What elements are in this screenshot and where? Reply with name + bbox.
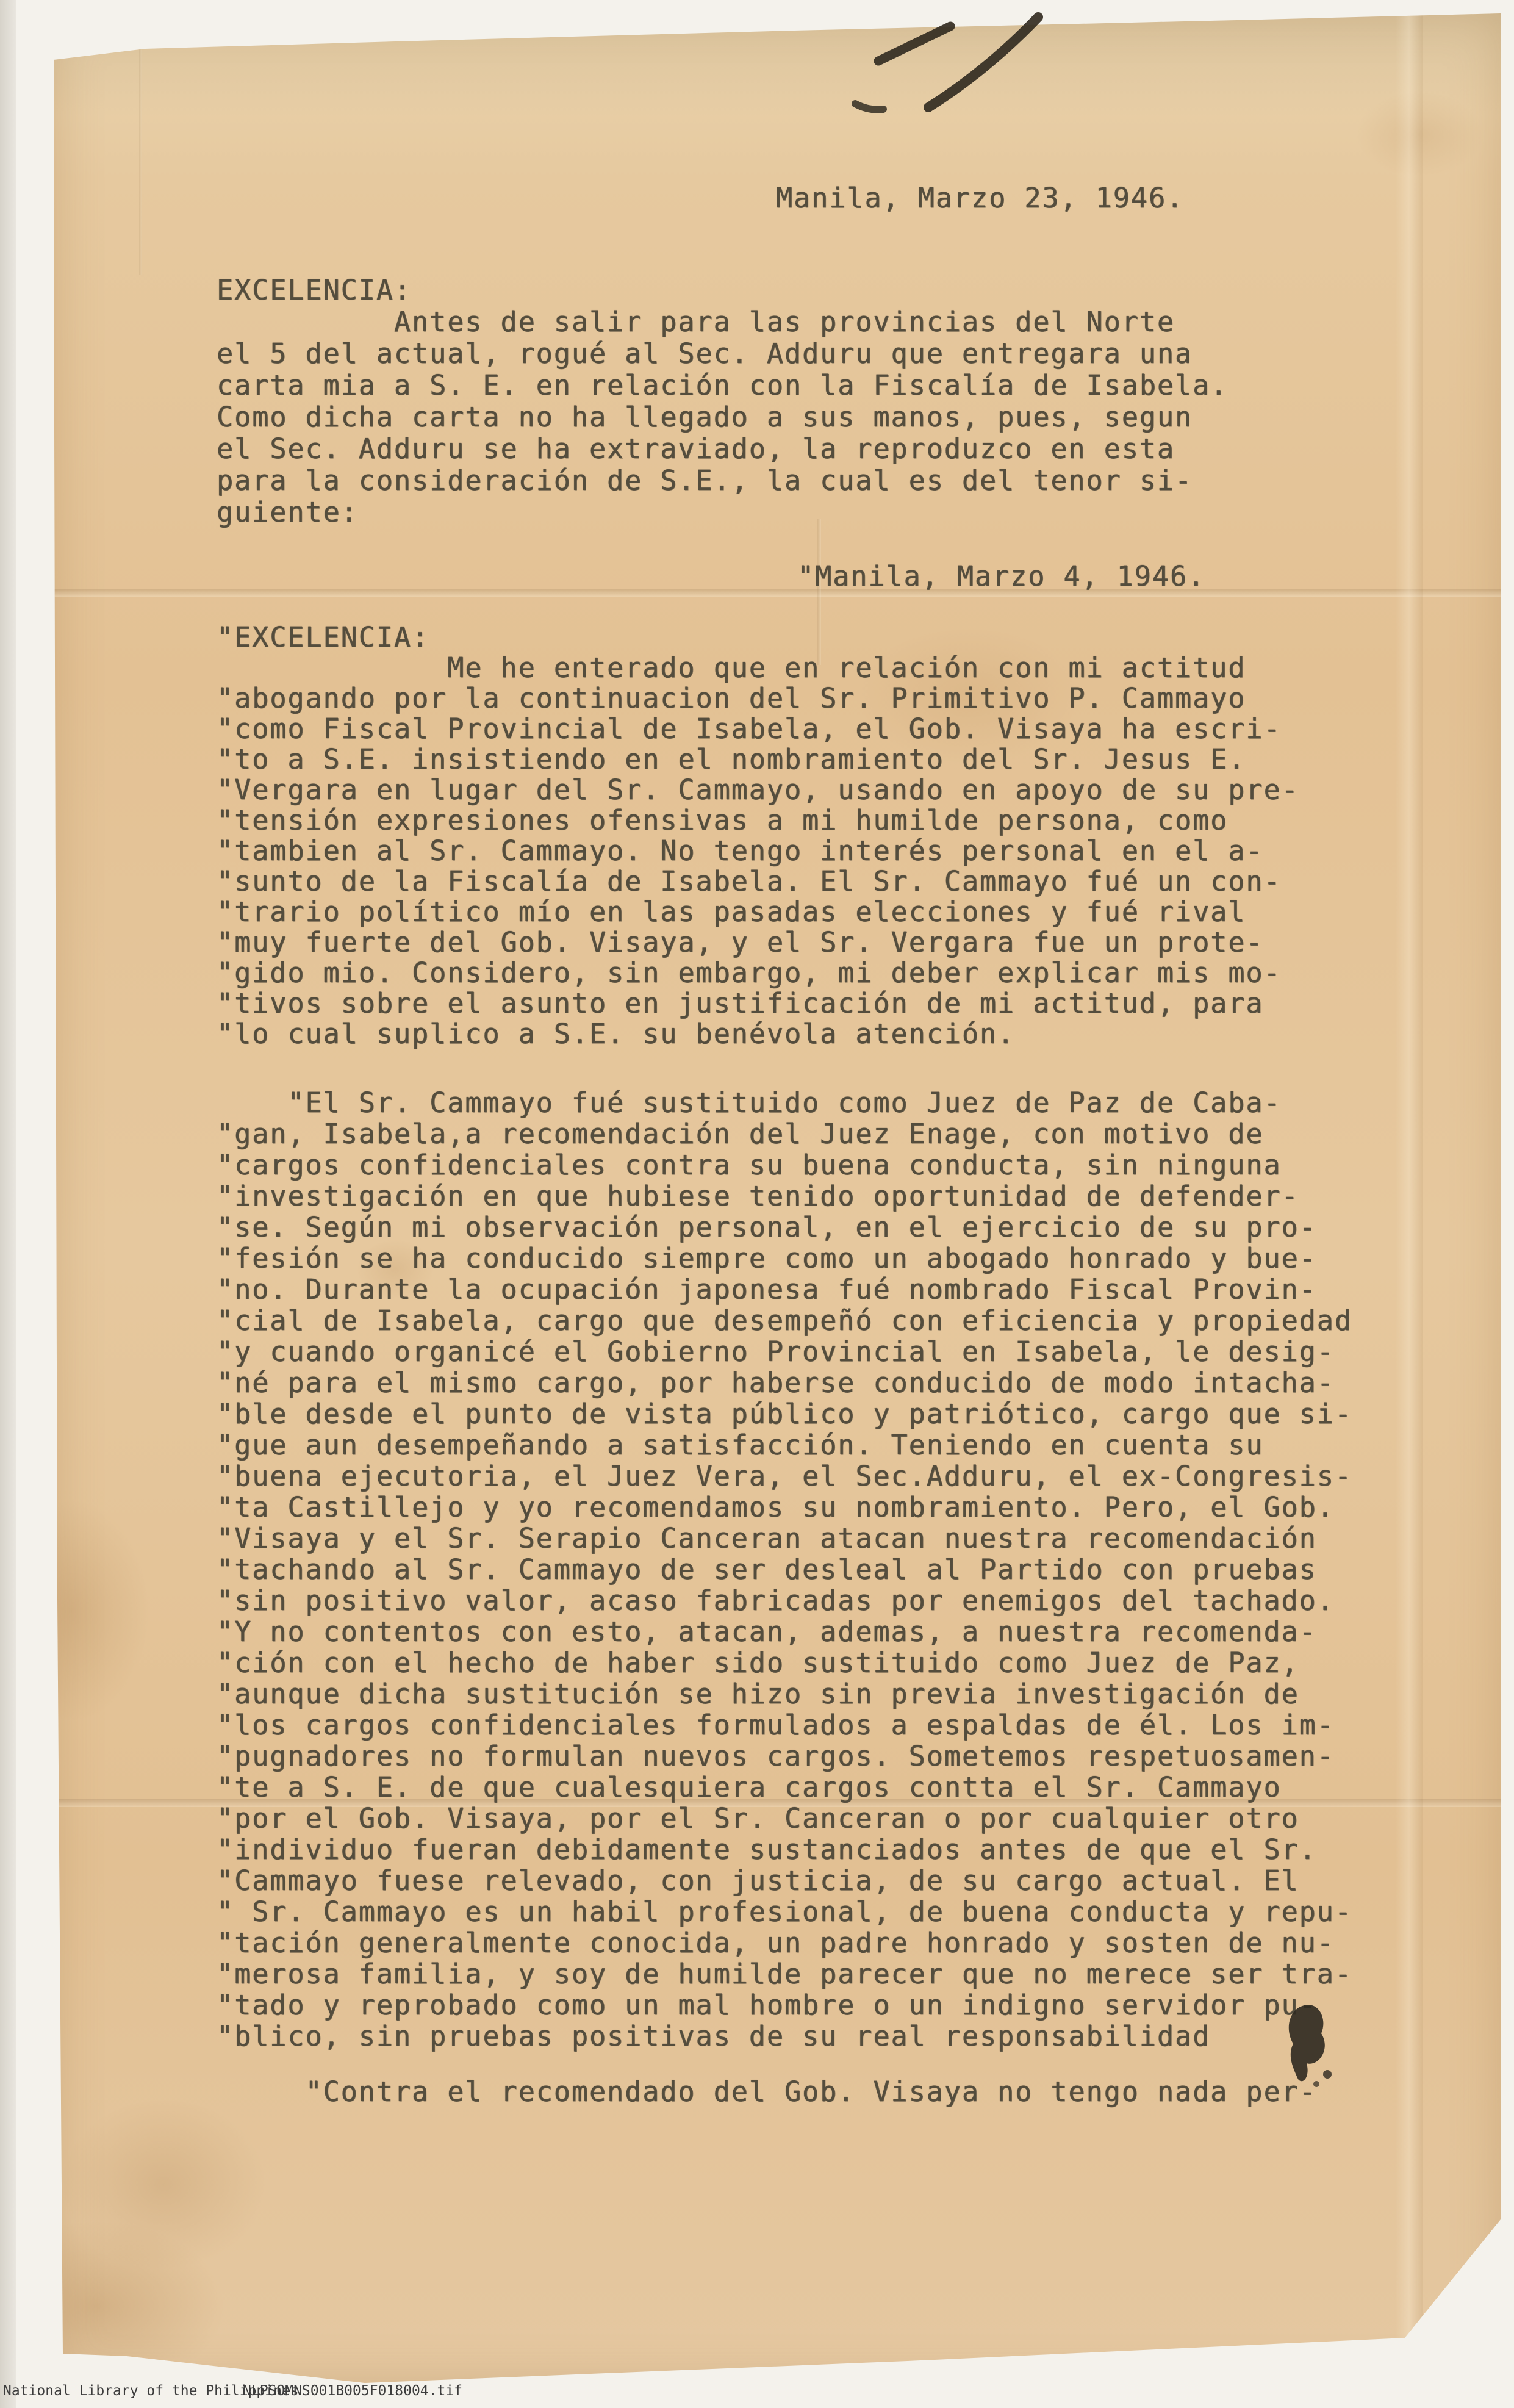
text-line: "tación generalmente conocida, un padre … [217, 1927, 1400, 1958]
opening-paragraph: EXCELENCIA: Antes de salir para las prov… [217, 275, 1400, 528]
text-line: "ción con el hecho de haber sido sustitu… [217, 1647, 1400, 1678]
scanner-bed-edge [0, 0, 16, 2408]
text-line: "gido mio. Considero, sin embargo, mi de… [217, 958, 1400, 988]
text-line: "sunto de la Fiscalía de Isabela. El Sr.… [217, 866, 1400, 897]
outer-dateline: Manila, Marzo 23, 1946. [217, 183, 1400, 214]
text-line: Me he enterado que en relación con mi ac… [217, 653, 1400, 683]
text-line: "El Sr. Cammayo fué sustituido como Juez… [217, 1087, 1400, 1118]
text-line: guiente: [217, 497, 1400, 528]
text-line: "Vergara en lugar del Sr. Cammayo, usand… [217, 775, 1400, 805]
text-line: "no. Durante la ocupación japonesa fué n… [217, 1274, 1400, 1305]
text-line: "se. Según mi observación personal, en e… [217, 1212, 1400, 1243]
text-line: Como dicha carta no ha llegado a sus man… [217, 401, 1400, 433]
text-line: "aunque dicha sustitución se hizo sin pr… [217, 1678, 1400, 1709]
text-line: "ta Castillejo y yo recomendamos su nomb… [217, 1492, 1400, 1523]
text-line: Antes de salir para las provincias del N… [217, 306, 1400, 338]
text-line: "sin positivo valor, acaso fabricadas po… [217, 1585, 1400, 1616]
text-line: "pugnadores no formulan nuevos cargos. S… [217, 1741, 1400, 1772]
inner-dateline: "Manila, Marzo 4, 1946. [217, 561, 1400, 592]
text-line: "ble desde el punto de vista público y p… [217, 1398, 1400, 1429]
text-line: "fesión se ha conducido siempre como un … [217, 1243, 1400, 1274]
handwritten-pen-mark [842, 5, 1061, 133]
text-line: "buena ejecutoria, el Juez Vera, el Sec.… [217, 1461, 1400, 1492]
text-line: "Y no contentos con esto, atacan, ademas… [217, 1616, 1400, 1647]
text-line: carta mia a S. E. en relación con la Fis… [217, 370, 1400, 401]
text-line: el 5 del actual, rogué al Sec. Adduru qu… [217, 338, 1400, 370]
text-line: "cargos confidenciales contra su buena c… [217, 1149, 1400, 1181]
text-line: el Sec. Adduru se ha extraviado, la repr… [217, 433, 1400, 465]
text-line: "cial de Isabela, cargo que desempeñó co… [217, 1305, 1400, 1336]
text-line: "Visaya y el Sr. Serapio Canceran atacan… [217, 1523, 1400, 1554]
text-line: EXCELENCIA: [217, 275, 1400, 306]
ink-blot [1269, 2000, 1342, 2091]
text-line: "Cammayo fuese relevado, con justicia, d… [217, 1865, 1400, 1896]
text-line: "merosa familia, y soy de humilde parece… [217, 1958, 1400, 1989]
text-line: "blico, sin pruebas positivas de su real… [217, 2021, 1400, 2052]
text-line: "los cargos confidenciales formulados a … [217, 1709, 1400, 1741]
text-line: "lo cual suplico a S.E. su benévola aten… [217, 1019, 1400, 1049]
text-line: "tachando al Sr. Cammayo de ser desleal … [217, 1554, 1400, 1585]
paper-top-shade [54, 12, 1501, 116]
text-line: "abogando por la continuacion del Sr. Pr… [217, 683, 1400, 714]
text-line: "tado y reprobado como un mal hombre o u… [217, 1989, 1400, 2021]
text-line: "to a S.E. insistiendo en el nombramient… [217, 744, 1400, 775]
text-line: "tambien al Sr. Cammayo. No tengo interé… [217, 836, 1400, 866]
text-line: " Sr. Cammayo es un habil profesional, d… [217, 1896, 1400, 1927]
text-line: "tivos sobre el asunto en justificación … [217, 988, 1400, 1019]
text-line: "muy fuerte del Gob. Visaya, y el Sr. Ve… [217, 927, 1400, 958]
text-line: "te a S. E. de que cualesquiera cargos c… [217, 1772, 1400, 1803]
text-line: para la consideración de S.E., la cual e… [217, 465, 1400, 497]
text-line: "EXCELENCIA: [217, 622, 1400, 653]
text-line: "trario político mío en las pasadas elec… [217, 897, 1400, 927]
text-line: "gue aun desempeñando a satisfacción. Te… [217, 1429, 1400, 1461]
typewritten-letter: Manila, Marzo 23, 1946. EXCELENCIA: Ante… [217, 183, 1400, 2107]
text-line: "investigación en que hubiese tenido opo… [217, 1181, 1400, 1212]
scanned-document-page: { "colors": { "paper": "#e5c79d", "backg… [0, 0, 1514, 2408]
scan-filename: NLPSOMNS001B005F018004.tif [243, 2383, 462, 2399]
text-line: "Contra el recomendado del Gob. Visaya n… [217, 2076, 1400, 2107]
text-line: "por el Gob. Visaya, por el Sr. Canceran… [217, 1803, 1400, 1834]
text-line: "y cuando organicé el Gobierno Provincia… [217, 1336, 1400, 1367]
text-line: "como Fiscal Provincial de Isabela, el G… [217, 714, 1400, 744]
text-line: "né para el mismo cargo, por haberse con… [217, 1367, 1400, 1398]
text-line: "gan, Isabela,a recomendación del Juez E… [217, 1118, 1400, 1149]
scan-footer: National Library of the Philippines NLPS… [0, 2378, 1514, 2408]
quoted-letter-paragraph-2: "El Sr. Cammayo fué sustituido como Juez… [217, 1087, 1400, 2052]
text-line: "individuo fueran debidamente sustanciad… [217, 1834, 1400, 1865]
quoted-letter-paragraph-3: "Contra el recomendado del Gob. Visaya n… [217, 2076, 1400, 2107]
text-line: "tensión expresiones ofensivas a mi humi… [217, 805, 1400, 836]
quoted-letter-paragraph-1: "EXCELENCIA: Me he enterado que en relac… [217, 622, 1400, 1049]
